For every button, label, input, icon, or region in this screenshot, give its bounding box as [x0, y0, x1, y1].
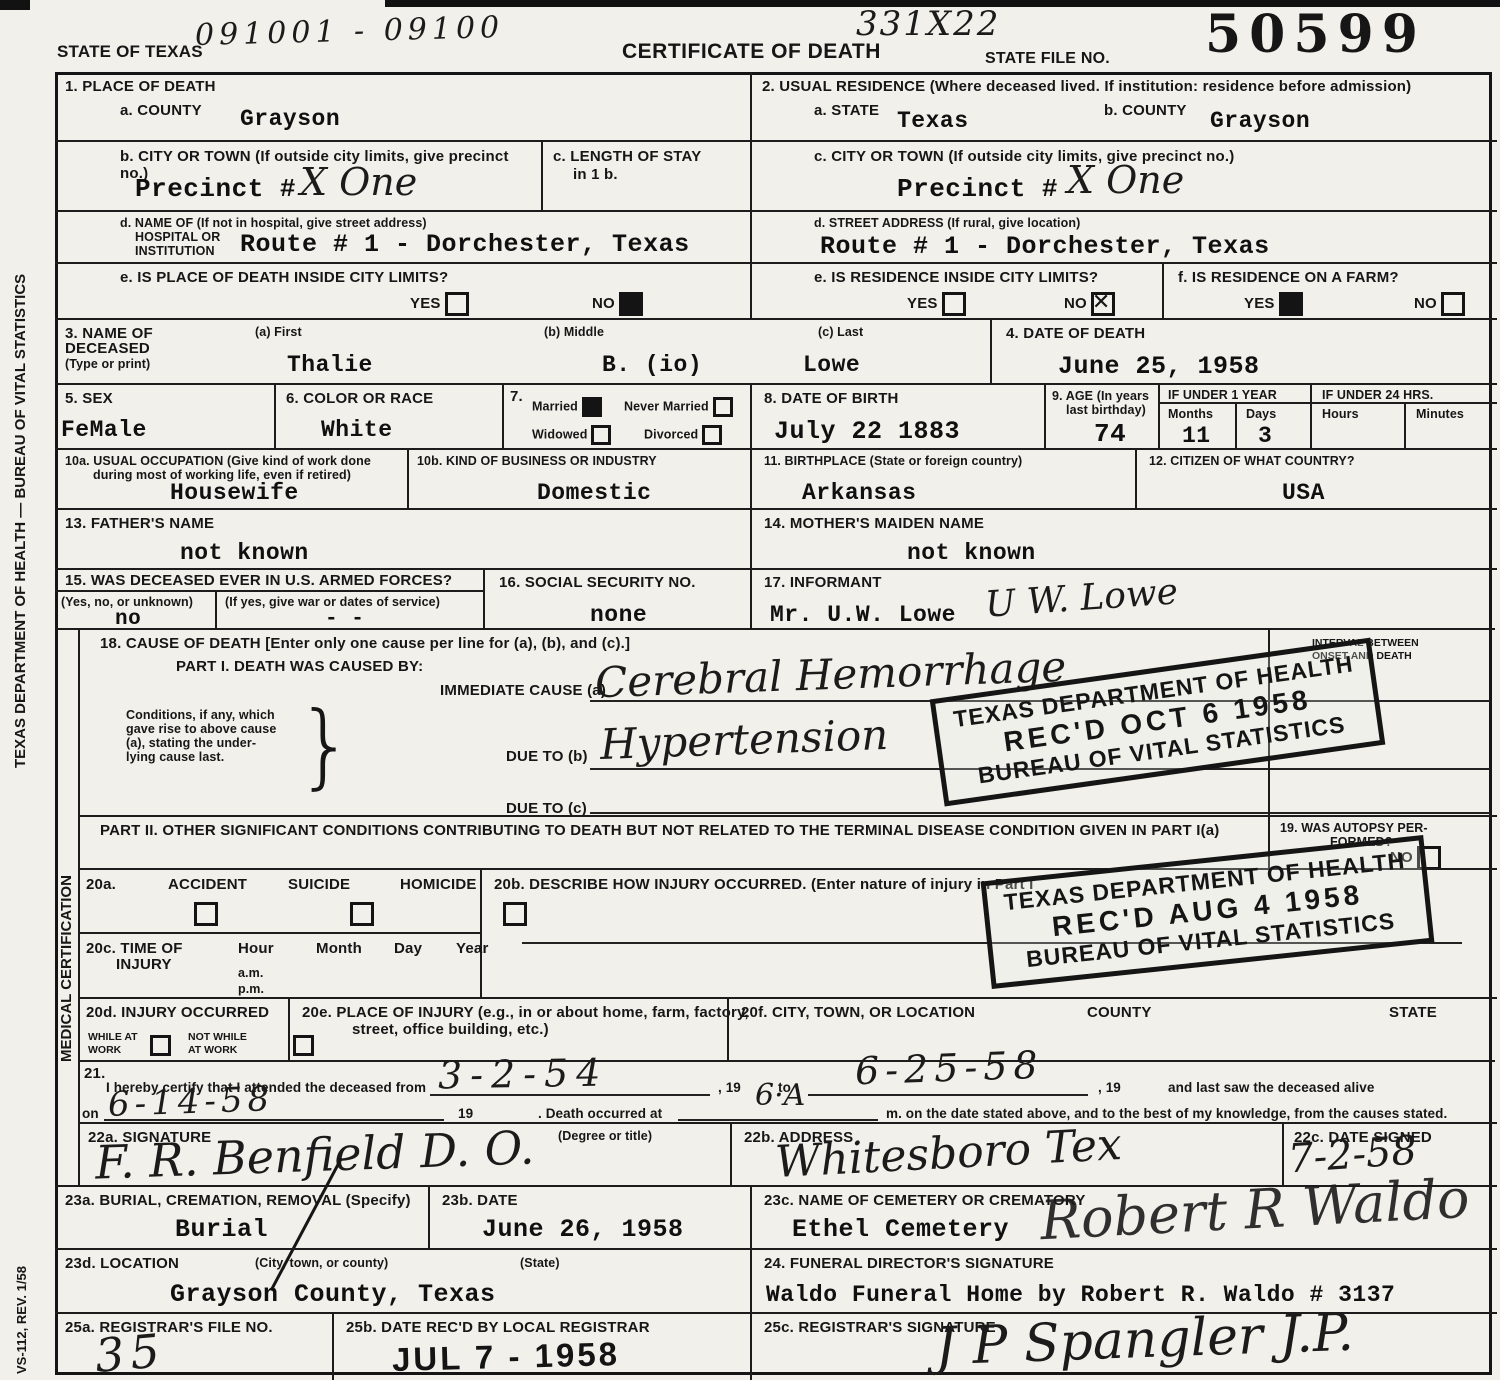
race-label: 6. COLOR OR RACE: [286, 390, 433, 407]
location-label: 23d. LOCATION: [65, 1255, 179, 1272]
residence-farm-no-checkbox: [1441, 292, 1465, 316]
street-address-label: d. STREET ADDRESS (If rural, give locati…: [814, 216, 1080, 230]
hours-label: Hours: [1322, 407, 1359, 421]
location-value: Grayson County, Texas: [170, 1280, 496, 1309]
year-label: Year: [456, 940, 489, 957]
residence-farm-no: NO: [1414, 292, 1469, 316]
location-hint-1: (City, town, or county): [255, 1256, 388, 1270]
page-title: CERTIFICATE OF DEATH: [622, 40, 881, 64]
marital-married: Married: [532, 397, 606, 417]
time-of-injury-label-1: 20c. TIME OF: [86, 940, 183, 957]
field-accident-suicide-homicide: 20a. ACCIDENT SUICIDE HOMICIDE: [78, 868, 480, 934]
residence-farm-yes: YES: [1244, 292, 1307, 316]
occupation-label-1: 10a. USUAL OCCUPATION (Give kind of work…: [65, 454, 371, 468]
certify-death-at: . Death occurred at: [538, 1106, 662, 1121]
widowed-label: Widowed: [532, 427, 587, 441]
residence-limits-no: NO: [1064, 292, 1119, 316]
armed-forces-sub2: (If yes, give war or dates of service): [225, 595, 440, 609]
scan-edge-mark: [0, 0, 30, 10]
yes-label: YES: [907, 295, 938, 312]
marital-never-married: Never Married: [624, 397, 737, 417]
place-county-label: a. COUNTY: [120, 102, 202, 119]
residence-county-value: Grayson: [1210, 108, 1310, 134]
hospital-label-2: HOSPITAL OR: [135, 230, 220, 244]
date-received-label: 25b. DATE REC'D BY LOCAL REGISTRAR: [346, 1319, 650, 1336]
suicide-label: SUICIDE: [288, 876, 350, 893]
funeral-director-label: 24. FUNERAL DIRECTOR'S SIGNATURE: [764, 1255, 1054, 1272]
place-limits-yes-checkbox: [445, 292, 469, 316]
certify-number: 21.: [84, 1065, 105, 1082]
describe-injury-label: 20b. DESCRIBE HOW INJURY OCCURRED. (Ente…: [494, 876, 1034, 893]
marital-divorced: Divorced: [644, 425, 726, 445]
under-1-year-label: IF UNDER 1 YEAR: [1168, 388, 1277, 402]
days-value: 3: [1258, 423, 1272, 449]
fathers-name-label: 13. FATHER'S NAME: [65, 515, 214, 532]
name-label-2: DECEASED: [65, 340, 150, 357]
while-at-work-label-2: WORK: [88, 1044, 121, 1056]
burial-date-value: June 26, 1958: [482, 1215, 684, 1244]
form-number: VS-112, REV. 1/58: [14, 1266, 29, 1374]
field-burial: 23a. BURIAL, CREMATION, REMOVAL (Specify…: [55, 1185, 428, 1250]
under-24-hrs-divider: [1404, 403, 1406, 450]
field-kind-of-business: 10b. KIND OF BUSINESS OR INDUSTRY Domest…: [407, 448, 752, 510]
while-at-work-label-1: WHILE AT: [88, 1031, 138, 1043]
field-place-city-limits: e. IS PLACE OF DEATH INSIDE CITY LIMITS?…: [55, 262, 750, 320]
months-value: 11: [1182, 423, 1211, 449]
certify-on-handwritten: 6-14-58: [107, 1079, 274, 1125]
field-place-of-death: 1. PLACE OF DEATH a. COUNTY Grayson: [55, 72, 750, 140]
residence-city-value: Precinct #: [897, 174, 1058, 204]
occupation-value: Housewife: [170, 480, 299, 506]
under-24-hrs-rule: [1312, 402, 1497, 404]
middle-name-label: (b) Middle: [544, 325, 604, 339]
under-1-year-divider: [1235, 403, 1237, 450]
residence-state-label: a. STATE: [814, 102, 879, 119]
no-label: NO: [592, 295, 615, 312]
registrar-file-no-handwritten: 35: [93, 1323, 168, 1380]
death-certificate-scan: STATE OF TEXAS 091001 - 09100 CERTIFICAT…: [0, 0, 1500, 1380]
field-residence-farm: f. IS RESIDENCE ON A FARM? YES NO: [1162, 262, 1497, 320]
ssn-label: 16. SOCIAL SECURITY NO.: [499, 574, 696, 591]
informant-typed-value: Mr. U.W. Lowe: [770, 602, 956, 628]
ssn-value: none: [590, 602, 647, 628]
field-color-or-race: 6. COLOR OR RACE White: [274, 383, 504, 450]
field-time-of-injury: 20c. TIME OF INJURY Hour Month Day Year …: [78, 932, 480, 999]
while-at-work-checkbox: [150, 1035, 171, 1056]
field-funeral-director: 24. FUNERAL DIRECTOR'S SIGNATURE Waldo F…: [750, 1248, 1497, 1314]
immediate-cause-label: IMMEDIATE CAUSE (a): [440, 682, 606, 699]
part1-label: PART I. DEATH WAS CAUSED BY:: [176, 658, 423, 675]
location-hint-2: (State): [520, 1256, 560, 1270]
place-of-injury-label-1: 20e. PLACE OF INJURY (e.g., in or about …: [302, 1004, 749, 1021]
handwritten-file-number: 091001 - 09100: [195, 10, 505, 53]
field-burial-date: 23b. DATE June 26, 1958: [428, 1185, 752, 1250]
marital-widowed: Widowed: [532, 425, 615, 445]
cemetery-label: 23c. NAME OF CEMETERY OR CREMATORY: [764, 1192, 1086, 1209]
place-limits-no-checkbox: [619, 292, 643, 316]
field-mothers-maiden-name: 14. MOTHER'S MAIDEN NAME not known: [750, 508, 1497, 570]
residence-farm-yes-checkbox: [1279, 292, 1303, 316]
widowed-checkbox: [591, 425, 611, 445]
last-name-value: Lowe: [803, 352, 860, 378]
am-label: a.m.: [238, 966, 263, 980]
place-limits-yes: YES: [410, 292, 473, 316]
residence-limits-no-checkbox: [1091, 292, 1115, 316]
age-label-2: last birthday): [1066, 403, 1146, 417]
business-label: 10b. KIND OF BUSINESS OR INDUSTRY: [417, 454, 657, 468]
state-of-texas-label: STATE OF TEXAS: [57, 42, 203, 62]
accident-checkbox: [194, 902, 218, 926]
hour-label: Hour: [238, 940, 274, 957]
birthplace-label: 11. BIRTHPLACE (State or foreign country…: [764, 454, 1022, 468]
fathers-name-value: not known: [180, 540, 309, 566]
burial-label: 23a. BURIAL, CREMATION, REMOVAL (Specify…: [65, 1192, 411, 1209]
accident-label: ACCIDENT: [168, 876, 247, 893]
divorced-label: Divorced: [644, 427, 698, 441]
yes-label: YES: [1244, 295, 1275, 312]
hospital-label-1: d. NAME OF: [120, 216, 193, 230]
residence-farm-label: f. IS RESIDENCE ON A FARM?: [1178, 269, 1399, 286]
length-of-stay-label: c. LENGTH OF STAY: [553, 148, 701, 165]
field-injury-city: 20f. CITY, TOWN, OR LOCATION COUNTY STAT…: [727, 997, 1497, 1062]
cause-c-line: [590, 812, 1490, 814]
mothers-name-label: 14. MOTHER'S MAIDEN NAME: [764, 515, 984, 532]
certificate-number: 50599: [1205, 4, 1426, 65]
field-if-under-24-hrs: IF UNDER 24 HRS. Hours Minutes: [1310, 383, 1497, 450]
handwritten-code: 331X22: [856, 4, 1000, 44]
place-limits-no: NO: [592, 292, 647, 316]
field-burial-location: 23d. LOCATION (City, town, or county) (S…: [55, 1248, 750, 1314]
cemetery-value: Ethel Cemetery: [792, 1215, 1009, 1244]
months-label: Months: [1168, 407, 1213, 421]
residence-county-label: b. COUNTY: [1104, 102, 1187, 119]
not-while-label-1: NOT WHILE: [188, 1031, 247, 1043]
date-of-death-value: June 25, 1958: [1058, 352, 1260, 381]
20a-label: 20a.: [86, 876, 116, 893]
field-date-of-birth: 8. DATE OF BIRTH July 22 1883: [750, 383, 1046, 450]
no-label: NO: [1414, 295, 1437, 312]
field-marital-status: 7. Married Never Married Widowed Divorce…: [502, 383, 752, 450]
hospital-label: d. NAME OF (If not in hospital, give str…: [120, 216, 427, 230]
residence-limits-label: e. IS RESIDENCE INSIDE CITY LIMITS?: [814, 269, 1098, 286]
certify-blank-time: [678, 1119, 878, 1121]
divorced-checkbox: [702, 425, 722, 445]
degree-or-title-label: (Degree or title): [558, 1129, 652, 1143]
birthplace-value: Arkansas: [802, 480, 916, 506]
burial-date-label: 23b. DATE: [442, 1192, 518, 1209]
under-1-year-rule: [1160, 402, 1312, 404]
hospital-label-3: INSTITUTION: [135, 244, 215, 258]
field-sex: 5. SEX FeMale: [55, 383, 274, 450]
usual-residence-label: 2. USUAL RESIDENCE (Where deceased lived…: [762, 78, 1411, 95]
certify-from-handwritten: 3-2-54: [438, 1051, 609, 1098]
field-name-of-deceased: 3. NAME OF DECEASED (Type or print) (a) …: [55, 318, 990, 385]
field-age: 9. AGE (In years last birthday) 74: [1044, 383, 1160, 450]
hospital-hint: (If not in hospital, give street address…: [197, 216, 427, 230]
certify-19a: , 19: [718, 1080, 741, 1095]
field-if-under-1-year: IF UNDER 1 YEAR Months 11 Days 3: [1158, 383, 1312, 450]
place-city-handwritten: X One: [300, 160, 417, 204]
first-name-label: (a) First: [255, 325, 302, 339]
armed-forces-rule: [55, 590, 483, 592]
place-limits-label: e. IS PLACE OF DEATH INSIDE CITY LIMITS?: [120, 269, 448, 286]
age-value: 74: [1094, 419, 1126, 449]
place-of-injury-label-2: street, office building, etc.): [352, 1021, 549, 1038]
under-24-hrs-label: IF UNDER 24 HRS.: [1322, 388, 1433, 402]
certify-line1b: and last saw the deceased alive: [1168, 1080, 1374, 1095]
homicide-label: HOMICIDE: [400, 876, 477, 893]
never-married-label: Never Married: [624, 399, 709, 413]
field-usual-occupation: 10a. USUAL OCCUPATION (Give kind of work…: [55, 448, 407, 510]
yes-label: YES: [410, 295, 441, 312]
certify-to-handwritten: 6-25-58: [854, 1043, 1044, 1094]
certify-blank-to: [808, 1094, 1088, 1096]
place-of-death-label: 1. PLACE OF DEATH: [65, 78, 216, 95]
place-county-value: Grayson: [240, 106, 340, 132]
not-while-at-work: NOT WHILE AT WORK: [188, 1031, 247, 1056]
field-date-received: 25b. DATE REC'D BY LOCAL REGISTRAR JUL 7…: [332, 1312, 752, 1380]
sex-label: 5. SEX: [65, 390, 113, 407]
injury-state-label: STATE: [1389, 1004, 1437, 1021]
pm-label: p.m.: [238, 982, 264, 996]
left-margin-agency-text: TEXAS DEPARTMENT OF HEALTH — BUREAU OF V…: [12, 274, 29, 768]
field-fathers-name: 13. FATHER'S NAME not known: [55, 508, 750, 570]
first-name-value: Thalie: [287, 352, 373, 378]
burial-value: Burial: [175, 1215, 268, 1244]
minutes-label: Minutes: [1416, 407, 1464, 421]
field-hospital: d. NAME OF (If not in hospital, give str…: [55, 210, 750, 264]
armed-forces-sub1: (Yes, no, or unknown): [61, 595, 193, 609]
certify-on: on: [82, 1106, 99, 1121]
length-of-stay-label2: in 1 b.: [573, 166, 618, 183]
due-to-b-label: DUE TO (b): [506, 748, 588, 765]
field-ssn: 16. SOCIAL SECURITY NO. none: [483, 568, 752, 630]
injury-county-label: COUNTY: [1087, 1004, 1152, 1021]
medical-certification-strip: [55, 628, 80, 1187]
date-received-stamp: JUL 7 - 1958: [392, 1335, 621, 1379]
not-while-label-2: AT WORK: [188, 1044, 237, 1056]
field-usual-residence: 2. USUAL RESIDENCE (Where deceased lived…: [750, 72, 1497, 140]
date-of-death-label: 4. DATE OF DEATH: [1006, 325, 1145, 342]
autopsy-label-1: 19. WAS AUTOPSY PER-: [1280, 821, 1428, 835]
informant-label: 17. INFORMANT: [764, 574, 882, 591]
marital-label: 7.: [510, 388, 523, 405]
no-label: NO: [1064, 295, 1087, 312]
field-birthplace: 11. BIRTHPLACE (State or foreign country…: [750, 448, 1137, 510]
certify-19b: , 19: [1098, 1080, 1121, 1095]
field-residence-city: c. CITY OR TOWN (If outside city limits,…: [750, 140, 1497, 212]
suicide-checkbox: [350, 902, 374, 926]
field-length-of-stay: c. LENGTH OF STAY in 1 b.: [541, 140, 752, 212]
state-file-no-label: STATE FILE NO.: [985, 50, 1110, 68]
conditions-note: Conditions, if any, which gave rise to a…: [126, 708, 278, 764]
field-residence-city-limits: e. IS RESIDENCE INSIDE CITY LIMITS? YES …: [750, 262, 1164, 320]
mothers-name-value: not known: [907, 540, 1036, 566]
age-label-1: 9. AGE (In years: [1052, 389, 1149, 403]
last-name-label: (c) Last: [818, 325, 863, 339]
field-place-city: b. CITY OR TOWN (If outside city limits,…: [55, 140, 541, 212]
certify-line2b: m. on the date stated above, and to the …: [886, 1106, 1447, 1121]
residence-limits-yes: YES: [907, 292, 970, 316]
name-label-3: (Type or print): [65, 357, 150, 371]
married-checkbox: [582, 397, 602, 417]
business-value: Domestic: [537, 480, 651, 506]
day-label: Day: [394, 940, 422, 957]
cause-of-death-label: 18. CAUSE OF DEATH [Enter only one cause…: [100, 635, 630, 652]
field-citizen: 12. CITIZEN OF WHAT COUNTRY? USA: [1135, 448, 1497, 510]
married-label: Married: [532, 399, 578, 413]
citizen-label: 12. CITIZEN OF WHAT COUNTRY?: [1149, 454, 1355, 468]
armed-forces-label: 15. WAS DECEASED EVER IN U.S. ARMED FORC…: [65, 572, 452, 589]
hospital-value: Route # 1 - Dorchester, Texas: [240, 230, 690, 259]
injury-occurred-label: 20d. INJURY OCCURRED: [86, 1004, 269, 1021]
residence-state-value: Texas: [897, 108, 969, 134]
field-street-address: d. STREET ADDRESS (If rural, give locati…: [750, 210, 1497, 264]
cause-b-handwritten: Hypertension: [599, 710, 889, 769]
street-address-value: Route # 1 - Dorchester, Texas: [820, 232, 1270, 261]
days-label: Days: [1246, 407, 1276, 421]
conditions-brace: }: [296, 692, 355, 799]
field-date-of-death: 4. DATE OF DEATH June 25, 1958: [990, 318, 1497, 385]
month-label: Month: [316, 940, 362, 957]
residence-limits-yes-checkbox: [942, 292, 966, 316]
field-part-2: PART II. OTHER SIGNIFICANT CONDITIONS CO…: [78, 815, 1268, 870]
sex-value: FeMale: [61, 417, 147, 443]
armed-forces-divider: [215, 590, 217, 630]
date-of-birth-label: 8. DATE OF BIRTH: [764, 390, 899, 407]
race-value: White: [321, 417, 393, 443]
place-city-value: Precinct #: [135, 174, 296, 204]
never-married-checkbox: [713, 397, 733, 417]
part2-text: PART II. OTHER SIGNIFICANT CONDITIONS CO…: [100, 822, 1250, 839]
time-of-injury-label-2: INJURY: [116, 956, 172, 973]
field-injury-occurred: 20d. INJURY OCCURRED WHILE AT WORK NOT W…: [78, 997, 288, 1062]
middle-name-value: B. (io): [602, 352, 702, 378]
while-at-work: WHILE AT WORK: [88, 1031, 138, 1056]
injury-city-label: 20f. CITY, TOWN, OR LOCATION: [741, 1004, 975, 1021]
field-armed-forces: 15. WAS DECEASED EVER IN U.S. ARMED FORC…: [55, 568, 483, 630]
citizen-value: USA: [1282, 480, 1325, 506]
date-of-birth-value: July 22 1883: [774, 417, 960, 446]
certify-19c: 19: [458, 1106, 473, 1121]
certify-time-handwritten: 6·A: [755, 1078, 805, 1113]
residence-city-handwritten: X One: [1067, 158, 1184, 202]
